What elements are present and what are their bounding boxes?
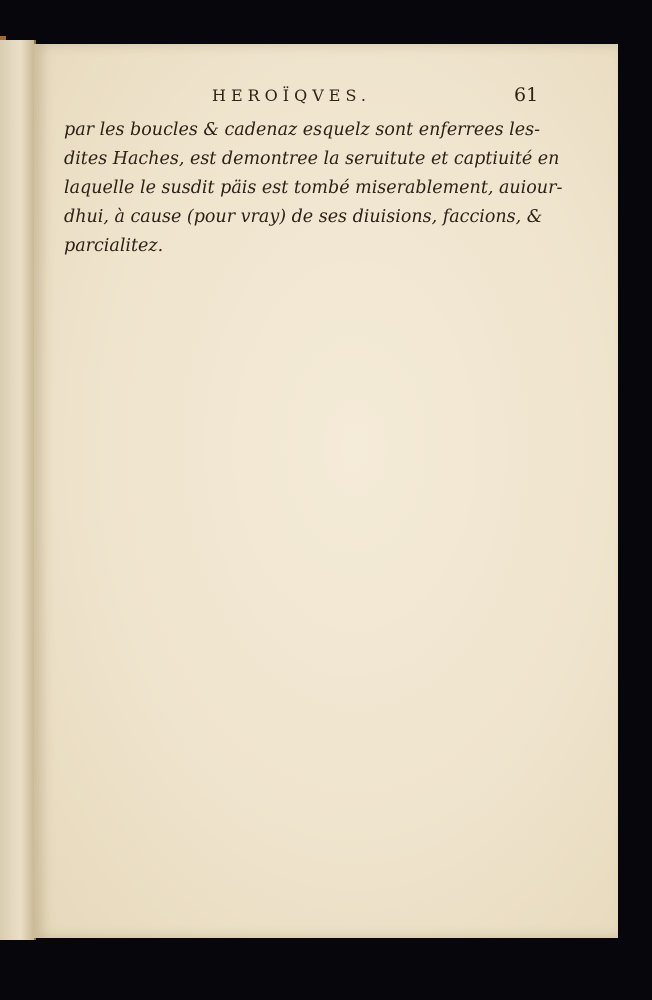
text-line: dhui, à cause (pour vray) de ses diuisio… <box>64 203 564 232</box>
text-line: par les boucles & cadenaz esquelz sont e… <box>64 116 564 145</box>
show-through-text <box>264 474 584 594</box>
page-number: 61 <box>514 84 538 106</box>
left-page-edge <box>0 40 36 940</box>
text-line: laquelle le susdit päis est tombé misera… <box>64 174 564 203</box>
page-header: HEROÏQVES. 61 <box>34 86 618 116</box>
body-text: par les boucles & cadenaz esquelz sont e… <box>64 116 564 261</box>
book-photo: HEROÏQVES. 61 par les boucles & cadenaz … <box>0 0 652 1000</box>
running-head: HEROÏQVES. <box>212 86 371 105</box>
text-line: dites Haches, est demontree la seruitute… <box>64 145 564 174</box>
book-page: HEROÏQVES. 61 par les boucles & cadenaz … <box>34 44 618 938</box>
text-line: parcialitez. <box>64 232 564 261</box>
